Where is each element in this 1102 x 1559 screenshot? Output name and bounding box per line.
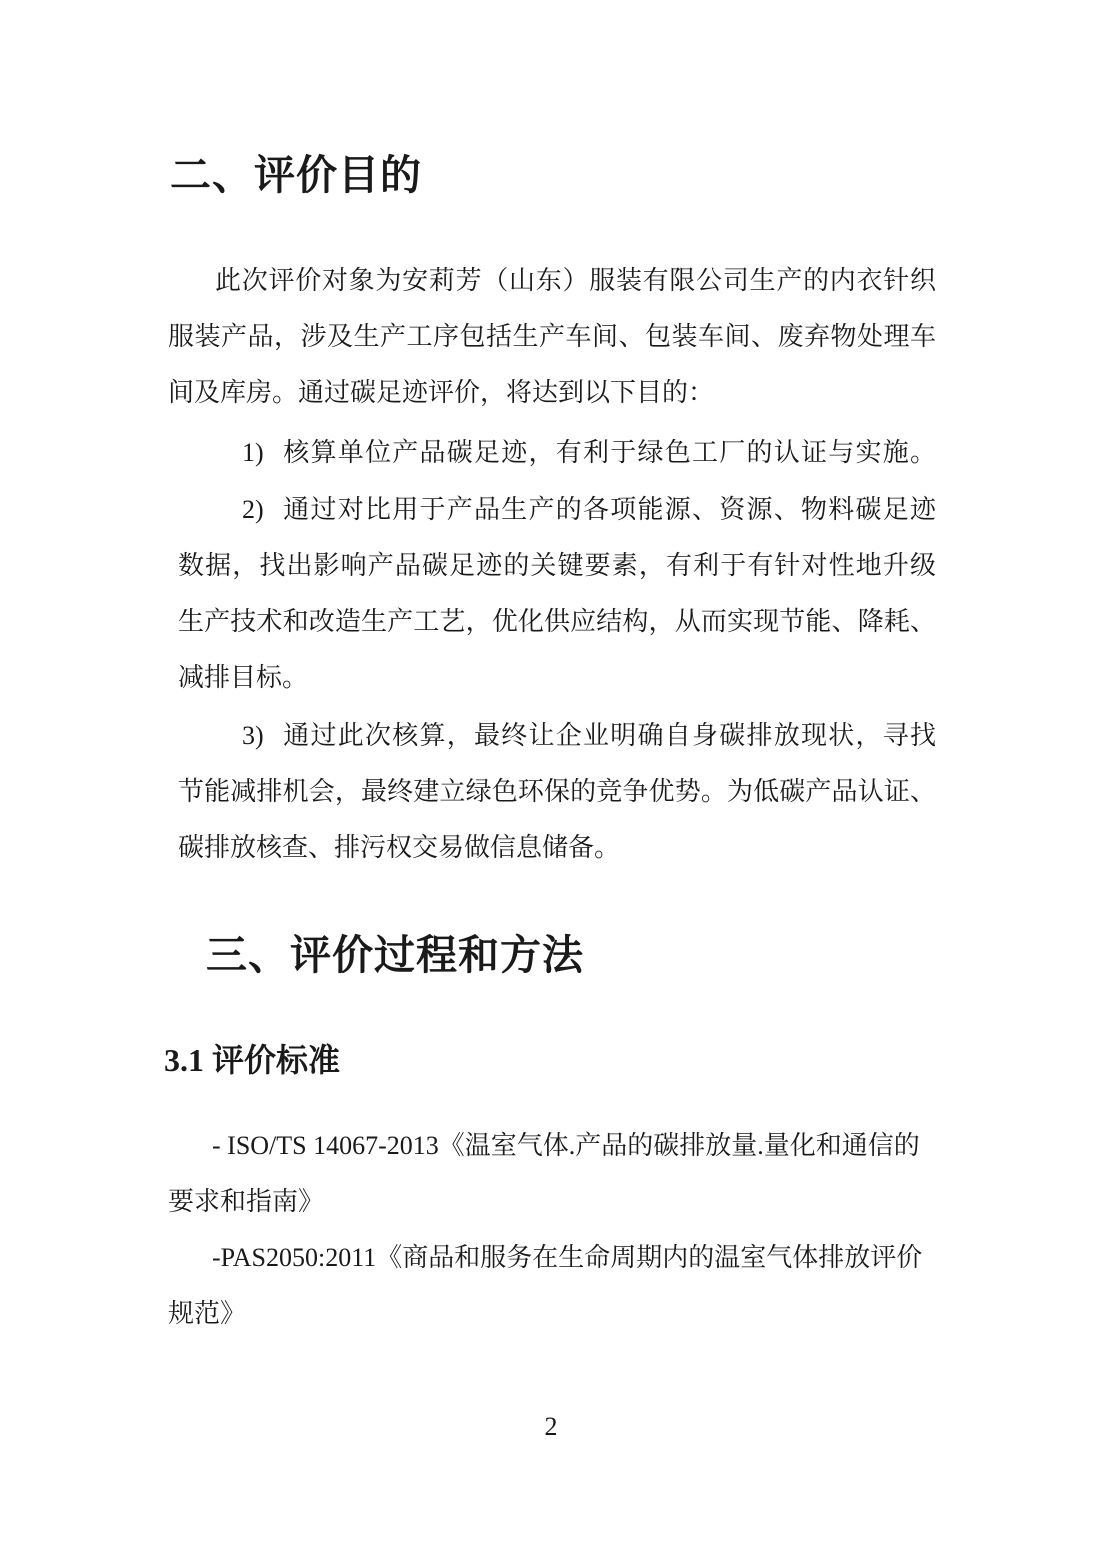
text-line: 1)核算单位产品碳足迹，有利于绿色工厂的认证与实施。 xyxy=(178,425,936,481)
standard-reference-iso: - ISO/TS 14067-2013《温室气体.产品的碳排放量.量化和通信的 … xyxy=(168,1118,936,1230)
section-heading-purpose: 二、评价目的 xyxy=(170,150,422,200)
list-item-number: 3) xyxy=(242,708,282,764)
subsection-heading-standards: 3.1 评价标准 xyxy=(164,1036,340,1084)
text-line: 节能减排机会，最终建立绿色环保的竞争优势。为低碳产品认证、 xyxy=(178,764,936,820)
list-item-number: 1) xyxy=(242,425,282,481)
intro-paragraph: 此次评价对象为安莉芳（山东）服装有限公司生产的内衣针织 服装产品，涉及生产工序包… xyxy=(168,253,936,421)
text-line: 减排目标。 xyxy=(178,650,936,706)
text-line: -PAS2050:2011《商品和服务在生命周期内的温室气体排放评价 xyxy=(168,1230,936,1286)
list-item-2: 2)通过对比用于产品生产的各项能源、资源、物料碳足迹 数据，找出影响产品碳足迹的… xyxy=(178,482,936,706)
text-line: 此次评价对象为安莉芳（山东）服装有限公司生产的内衣针织 xyxy=(168,253,936,309)
list-item-text: 通过对比用于产品生产的各项能源、资源、物料碳足迹 xyxy=(282,495,936,524)
text-line: 规范》 xyxy=(168,1286,936,1342)
document-page: 二、评价目的 此次评价对象为安莉芳（山东）服装有限公司生产的内衣针织 服装产品，… xyxy=(0,0,1102,1559)
list-item-3: 3)通过此次核算，最终让企业明确自身碳排放现状，寻找 节能减排机会，最终建立绿色… xyxy=(178,708,936,876)
text-line: 生产技术和改造生产工艺，优化供应结构，从而实现节能、降耗、 xyxy=(178,594,936,650)
text-line: 3)通过此次核算，最终让企业明确自身碳排放现状，寻找 xyxy=(178,708,936,764)
text-line: 间及库房。通过碳足迹评价，将达到以下目的： xyxy=(168,365,936,421)
list-item-text: 通过此次核算，最终让企业明确自身碳排放现状，寻找 xyxy=(282,721,936,750)
standard-reference-pas: -PAS2050:2011《商品和服务在生命周期内的温室气体排放评价 规范》 xyxy=(168,1230,936,1342)
text-line: - ISO/TS 14067-2013《温室气体.产品的碳排放量.量化和通信的 xyxy=(168,1118,936,1174)
section-heading-process: 三、评价过程和方法 xyxy=(206,930,584,980)
text-line: 服装产品，涉及生产工序包括生产车间、包装车间、废弃物处理车 xyxy=(168,309,936,365)
text-line: 碳排放核查、排污权交易做信息储备。 xyxy=(178,820,936,876)
text-line: 2)通过对比用于产品生产的各项能源、资源、物料碳足迹 xyxy=(178,482,936,538)
list-item-number: 2) xyxy=(242,482,282,538)
text-line: 要求和指南》 xyxy=(168,1174,936,1230)
list-item-1: 1)核算单位产品碳足迹，有利于绿色工厂的认证与实施。 xyxy=(178,425,936,481)
list-item-text: 核算单位产品碳足迹，有利于绿色工厂的认证与实施。 xyxy=(282,438,936,467)
page-number: 2 xyxy=(0,1411,1102,1443)
text-line: 数据，找出影响产品碳足迹的关键要素，有利于有针对性地升级 xyxy=(178,538,936,594)
